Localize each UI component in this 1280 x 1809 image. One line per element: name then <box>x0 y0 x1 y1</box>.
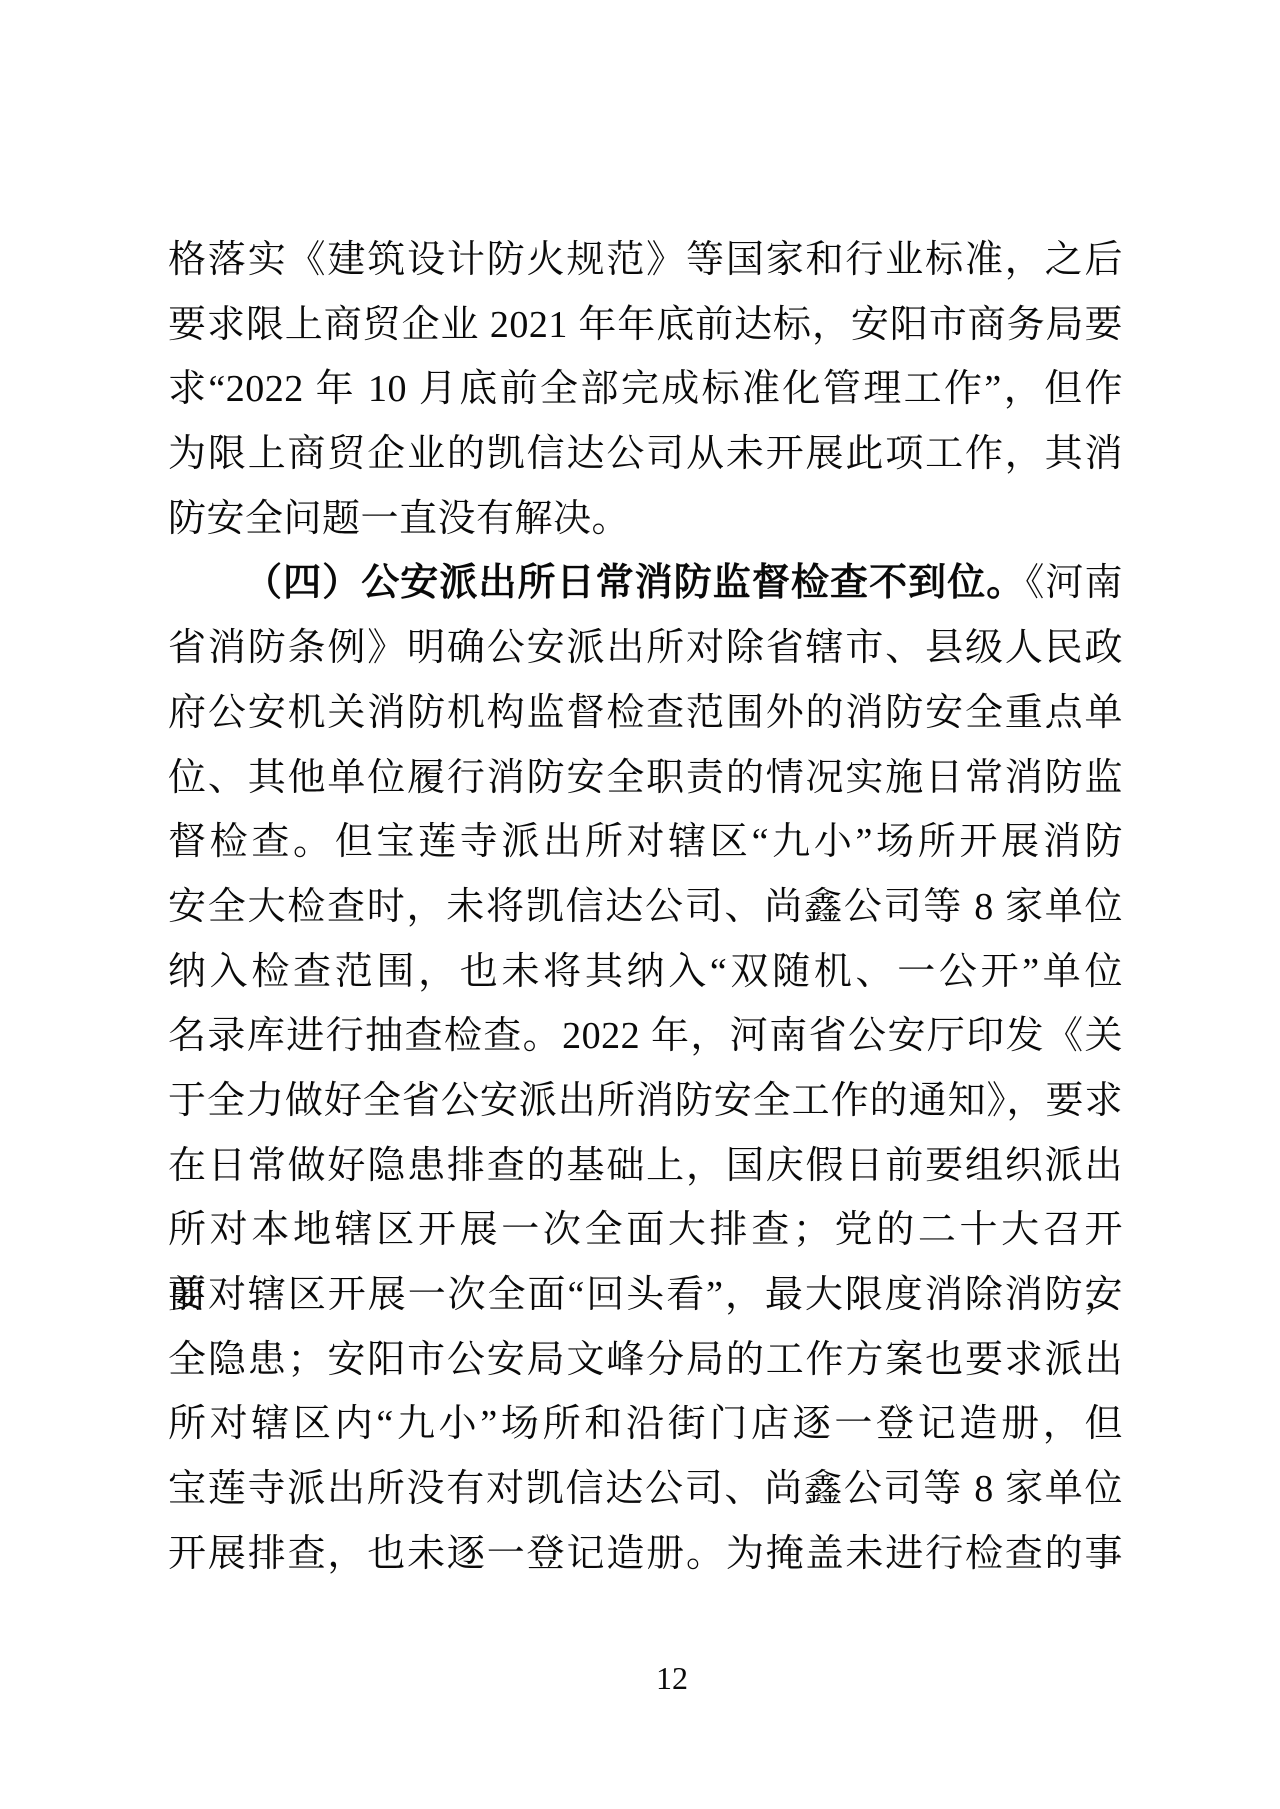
page-number: 12 <box>632 1658 712 1698</box>
text-segment: 为限上商贸企业的凯信达公司从未开展此项工作，其消 <box>168 433 1123 475</box>
text-segment: 宝莲寺派出所没有对凯信达公司、尚鑫公司等 8 家单位 <box>168 1468 1123 1510</box>
text-line: 要对辖区开展一次全面“回头看”，最大限度消除消防安 <box>168 1263 1123 1328</box>
text-line: 名录库进行抽查检查。2022 年，河南省公安厅印发《关 <box>168 1004 1123 1069</box>
text-segment: 所对辖区内“九小”场所和沿街门店逐一登记造册，但 <box>168 1403 1123 1445</box>
text-line: 全隐患；安阳市公安局文峰分局的工作方案也要求派出 <box>168 1328 1123 1393</box>
section-heading: （四）公安派出所日常消防监督检查不到位。 <box>244 562 1025 604</box>
text-segment: 要求限上商贸企业 2021 年年底前达标，安阳市商务局要 <box>168 304 1123 346</box>
text-line: 安全大检查时，未将凯信达公司、尚鑫公司等 8 家单位 <box>168 875 1123 940</box>
text-segment: 督检查。但宝莲寺派出所对辖区“九小”场所开展消防 <box>168 821 1123 863</box>
text-line: 在日常做好隐患排查的基础上，国庆假日前要组织派出 <box>168 1134 1123 1199</box>
text-line: 开展排查，也未逐一登记造册。为掩盖未进行检查的事 <box>168 1522 1123 1587</box>
text-line: 所对辖区内“九小”场所和沿街门店逐一登记造册，但 <box>168 1392 1123 1457</box>
text-segment: 府公安机关消防机构监督检查范围外的消防安全重点单 <box>168 692 1123 734</box>
text-line: 督检查。但宝莲寺派出所对辖区“九小”场所开展消防 <box>168 810 1123 875</box>
text-line: 于全力做好全省公安派出所消防安全工作的通知》，要求 <box>168 1069 1123 1134</box>
text-line: 格落实《建筑设计防火规范》等国家和行业标准，之后 <box>168 228 1123 293</box>
document-page: 格落实《建筑设计防火规范》等国家和行业标准，之后要求限上商贸企业 2021 年年… <box>0 0 1280 1809</box>
text-segment: 位、其他单位履行消防安全职责的情况实施日常消防监 <box>168 757 1123 799</box>
text-segment: 省消防条例》明确公安派出所对除省辖市、县级人民政 <box>168 627 1123 669</box>
text-segment: 要对辖区开展一次全面“回头看”，最大限度消除消防安 <box>168 1274 1123 1316</box>
text-line: 府公安机关消防机构监督检查范围外的消防安全重点单 <box>168 681 1123 746</box>
text-line: 求“2022 年 10 月底前全部完成标准化管理工作”，但作 <box>168 357 1123 422</box>
text-line: 纳入检查范围，也未将其纳入“双随机、一公开”单位 <box>168 940 1123 1005</box>
text-segment: 名录库进行抽查检查。2022 年，河南省公安厅印发《关 <box>168 1015 1123 1057</box>
text-segment: 纳入检查范围，也未将其纳入“双随机、一公开”单位 <box>168 951 1123 993</box>
text-segment: 格落实《建筑设计防火规范》等国家和行业标准，之后 <box>168 239 1123 281</box>
text-line: 为限上商贸企业的凯信达公司从未开展此项工作，其消 <box>168 422 1123 487</box>
text-line: 宝莲寺派出所没有对凯信达公司、尚鑫公司等 8 家单位 <box>168 1457 1123 1522</box>
text-line: 要求限上商贸企业 2021 年年底前达标，安阳市商务局要 <box>168 293 1123 358</box>
text-line: （四）公安派出所日常消防监督检查不到位。《河南 <box>168 551 1123 616</box>
text-segment: 《河南 <box>1025 562 1123 604</box>
text-segment: 全隐患；安阳市公安局文峰分局的工作方案也要求派出 <box>168 1339 1123 1381</box>
text-segment: 在日常做好隐患排查的基础上，国庆假日前要组织派出 <box>168 1145 1123 1187</box>
text-line: 防安全问题一直没有解决。 <box>168 487 1123 552</box>
text-segment: 防安全问题一直没有解决。 <box>168 498 630 540</box>
text-segment: 于全力做好全省公安派出所消防安全工作的通知》，要求 <box>168 1080 1123 1122</box>
text-segment: 求“2022 年 10 月底前全部完成标准化管理工作”，但作 <box>168 368 1123 410</box>
text-segment: 安全大检查时，未将凯信达公司、尚鑫公司等 8 家单位 <box>168 886 1123 928</box>
text-line: 省消防条例》明确公安派出所对除省辖市、县级人民政 <box>168 616 1123 681</box>
body-text-block: 格落实《建筑设计防火规范》等国家和行业标准，之后要求限上商贸企业 2021 年年… <box>168 228 1123 1586</box>
text-segment: 开展排查，也未逐一登记造册。为掩盖未进行检查的事 <box>168 1533 1123 1575</box>
text-line: 所对本地辖区开展一次全面大排查；党的二十大召开前， <box>168 1198 1123 1263</box>
text-line: 位、其他单位履行消防安全职责的情况实施日常消防监 <box>168 746 1123 811</box>
